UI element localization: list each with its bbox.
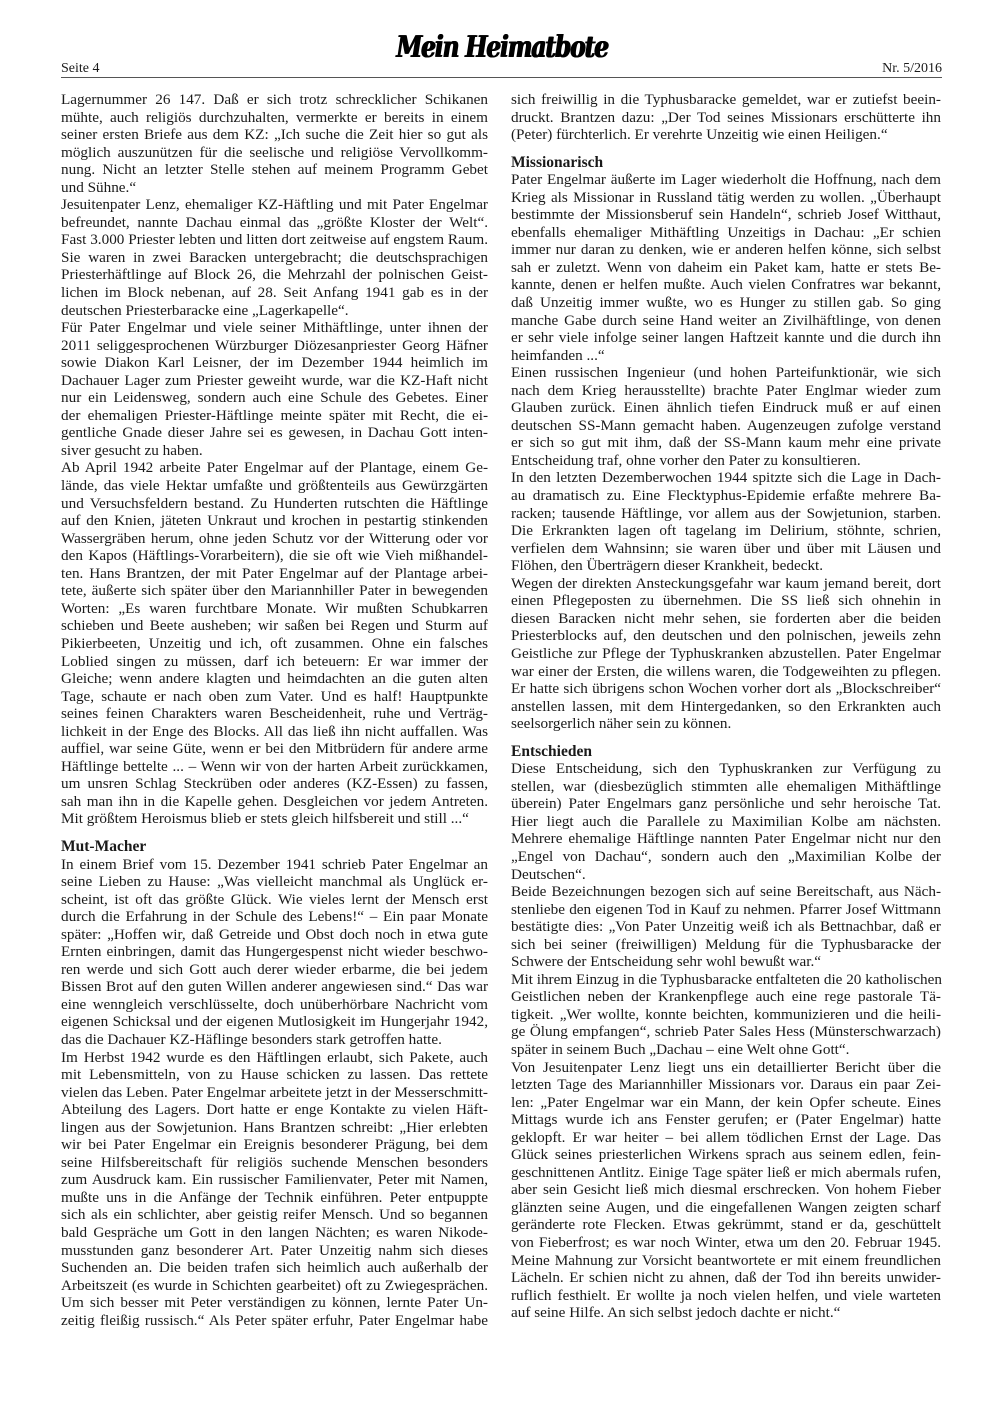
article-paragraph: Lagernummer 26 147. Daß er sich trotz sc… — [61, 91, 488, 196]
text-line: mußte uns in die Anfänge der Technik ein… — [61, 1189, 488, 1207]
text-line: sah man ihn in die Kapelle gehen. Desgle… — [61, 793, 488, 811]
text-line: musstunden ganz besonderer Art. Pater Un… — [61, 1242, 488, 1260]
text-line: scheint, ist oft das größte Glück. Wie v… — [61, 891, 488, 909]
text-line: um unsren Schlag Steckrüben oder anderes… — [61, 775, 488, 793]
page-number: Seite 4 — [61, 61, 100, 77]
text-line: später: „Hoffen wir, daß Getreide und Ob… — [61, 926, 488, 944]
text-line: den Kapos (Häftlings-Vorarbeitern), die … — [61, 547, 488, 565]
text-line: Tage, schaute er nach oben zum Vater. Un… — [61, 688, 488, 706]
text-line: mit Lebensmitteln, von zu Hause schicken… — [61, 1066, 488, 1084]
text-line: Um sich besser mit Peter verständigen zu… — [61, 1294, 488, 1312]
article-paragraph: Diese Entscheidung, sich den Typhuskrank… — [511, 760, 941, 883]
text-line: tigkeit. „Wer wollte, konnte beichten, k… — [511, 1006, 941, 1024]
text-line: Glauben zurück. Einen ähnlich tiefen Ein… — [511, 399, 941, 417]
text-line: Wegen der direkten Ansteckungsgefahr war… — [511, 575, 941, 593]
text-line: Mit ihrem Einzug in die Typhusbaracke en… — [511, 971, 941, 989]
text-line: Mit größtem Heroismus blieb er stets gle… — [61, 810, 488, 828]
article-paragraph: Im Herbst 1942 wurde es den Häftlingen e… — [61, 1049, 488, 1330]
text-line: von Fieberfrost; es war noch Winter, etw… — [511, 1234, 941, 1252]
text-line: Priesterblocks auf, den deutschen und de… — [511, 627, 941, 645]
text-line: und Sühne.“ — [61, 179, 488, 197]
text-line: „Engel von Dachau“, sondern auch den „Ma… — [511, 848, 941, 866]
text-line: Entscheidung traf, ohne vorher den Pater… — [511, 452, 941, 470]
text-line: In den letzten Dezemberwochen 1944 spitz… — [511, 469, 941, 487]
text-line: Hier liegt auch die Parallele zu Maximil… — [511, 813, 941, 831]
article-paragraph: Pater Engelmar äußerte im Lager wiederho… — [511, 171, 941, 364]
text-line: stenliebe den eigenen Tod in Kauf zu neh… — [511, 901, 941, 919]
text-line: diesen Baracken nicht mehr sehen, sie fo… — [511, 610, 941, 628]
text-line: Im Herbst 1942 wurde es den Häftlingen e… — [61, 1049, 488, 1067]
text-line: anstellen lassen, mit dem Hintergedanken… — [511, 698, 941, 716]
masthead-logo: Mein Heimatbote — [396, 30, 608, 65]
text-line: sich freiwillig in die Typhusbaracke gem… — [511, 91, 941, 109]
text-line: seelsorgerlich näher sein zu können. — [511, 715, 941, 733]
text-line: Suchenden an. Die beiden trafen sich hei… — [61, 1259, 488, 1277]
text-line: racken; tausende Häftlinge, vor allem au… — [511, 505, 941, 523]
text-line: Diese Entscheidung, sich den Typhuskrank… — [511, 760, 941, 778]
text-line: Worten: „Es waren furchtbare Monate. Wir… — [61, 600, 488, 618]
text-line: sah er zuletzt. Wenn von daheim ein Pake… — [511, 259, 941, 277]
text-line: Bissen Brot auf den guten Willen anderer… — [61, 978, 488, 996]
text-line: Einen russischen Ingenieur (und hohen Pa… — [511, 364, 941, 382]
article-paragraph: In den letzten Dezemberwochen 1944 spitz… — [511, 469, 941, 574]
text-line: kannte, denen er helfen mußte. Auch viel… — [511, 276, 941, 294]
text-line: Schwere der Entscheidung sehr wohl bewuß… — [511, 953, 941, 971]
text-line: ebenfalls ehemaliger Mithäftling Unzeiti… — [511, 224, 941, 242]
article-paragraph: Wegen der direkten Ansteckungsgefahr war… — [511, 575, 941, 733]
text-line: Sie waren in zwei Baracken untergebracht… — [61, 249, 488, 267]
text-line: das die Dachauer KZ-Häflinge besonders s… — [61, 1031, 488, 1049]
text-line: Deutschen“. — [511, 866, 941, 884]
text-line: und Versuchsfeldern bestand. Zu Hunderte… — [61, 495, 488, 513]
text-line: einen Pflegeposten zu übernehmen. Die SS… — [511, 592, 941, 610]
text-line: wir bei Pater Engelmar ein Ereignis beso… — [61, 1136, 488, 1154]
text-line: Fast 3.000 Priester lebten und litten do… — [61, 231, 488, 249]
text-line: zeitig fleißig russisch.“ Als Peter spät… — [61, 1312, 488, 1330]
article-paragraph: Einen russischen Ingenieur (und hohen Pa… — [511, 364, 941, 469]
text-line: Er hatte sich übrigens schon Wochen vorh… — [511, 680, 941, 698]
text-line: Abteilung des Lagers. Dort hatte er enge… — [61, 1101, 488, 1119]
text-line: tete, äußerte sich später über den Maria… — [61, 582, 488, 600]
article-paragraph: Jesuitenpater Lenz, ehemaliger KZ-Häftli… — [61, 196, 488, 319]
text-line: Meine Mahnung zur Vorsicht beantwortete … — [511, 1252, 941, 1270]
section-heading: Mut-Macher — [61, 838, 488, 856]
text-line: Priesterhäftlinge auf Block 26, die Mehr… — [61, 266, 488, 284]
text-line: immer nur daran zu denken, wie er andere… — [511, 241, 941, 259]
text-line: In einem Brief vom 15. Dezember 1941 sch… — [61, 856, 488, 874]
text-line: möglich auszunützen für die seelische un… — [61, 144, 488, 162]
text-line: durch die Erfahrung in der Schule des Le… — [61, 908, 488, 926]
text-line: ge Ölung empfangen“, schrieb Pater Sales… — [511, 1023, 941, 1041]
text-line: Wassergräben herum, ohne jeden Schutz vo… — [61, 530, 488, 548]
text-line: aber sein Gesicht ließ mich diesmal ersc… — [511, 1181, 941, 1199]
text-line: auf den Knien, jäteten Unkraut und kroch… — [61, 512, 488, 530]
text-line: Mittags wurde ich ans Fenster gerufen; e… — [511, 1111, 941, 1129]
text-line: Dachauer Lager zum Priester geweiht wurd… — [61, 372, 488, 390]
text-line: Ab April 1942 arbeite Pater Engelmar auf… — [61, 459, 488, 477]
text-line: glänzten seine Augen, und die eingefalle… — [511, 1199, 941, 1217]
text-line: eine wenngleich verschlüsselte, doch unü… — [61, 996, 488, 1014]
header-divider — [61, 77, 942, 78]
text-line: mühte, auch religiös durchzuhalten, verm… — [61, 109, 488, 127]
text-line: Geistlichen neben der Krankenpflege auch… — [511, 988, 941, 1006]
article-paragraph: Für Pater Engelmar und viele seiner Mith… — [61, 319, 488, 459]
text-line: Für Pater Engelmar und viele seiner Mith… — [61, 319, 488, 337]
text-line: Von Jesuitenpater Lenz liegt uns ein det… — [511, 1059, 941, 1077]
text-line: Arbeitszeit (es wurde in Schichten gearb… — [61, 1277, 488, 1295]
text-line: Pikierbeeten, Unzeitig und ich, oft zusa… — [61, 635, 488, 653]
section-heading: Missionarisch — [511, 154, 941, 172]
article-paragraph: sich freiwillig in die Typhusbaracke gem… — [511, 91, 941, 144]
article-paragraph: In einem Brief vom 15. Dezember 1941 sch… — [61, 856, 488, 1049]
text-line: lände, das viele Hektar umfaßte und größ… — [61, 477, 488, 495]
text-line: er sich so gut mit ihm, daß der SS-Mann … — [511, 434, 941, 452]
text-line: geschnittenen Antlitz. Einige Tage späte… — [511, 1164, 941, 1182]
text-line: sich als ein schlichter, aber geistig re… — [61, 1206, 488, 1224]
text-line: Geistliche zur Pflege der Typhuskranken … — [511, 645, 941, 663]
text-line: nach dem Krieg herausstellte) brachte Pa… — [511, 382, 941, 400]
text-line: seine Lieben zu Hause: „Was vielleicht m… — [61, 873, 488, 891]
text-line: Lagernummer 26 147. Daß er sich trotz sc… — [61, 91, 488, 109]
article-column-right: sich freiwillig in die Typhusbaracke gem… — [511, 91, 941, 1322]
text-line: Gleiche; wenn andere klagten und heimdac… — [61, 670, 488, 688]
text-line: überein) Pater Engelmars ganz persönlich… — [511, 795, 941, 813]
text-line: später in seinem Buch „Dachau – eine Wel… — [511, 1041, 941, 1059]
section-heading: Entschieden — [511, 743, 941, 761]
text-line: bald Gespräche um Gott in den langen Näc… — [61, 1224, 488, 1242]
text-line: auf seine Hilfe. An sich selbst jedoch d… — [511, 1304, 941, 1322]
text-line: vielen das Leben. Pater Engelmar arbeite… — [61, 1084, 488, 1102]
article-paragraph: Mit ihrem Einzug in die Typhusbaracke en… — [511, 971, 941, 1059]
text-line: Loblied singen zu müssen, darf ich beteu… — [61, 653, 488, 671]
text-line: Beide Bezeichnungen bezogen sich auf sei… — [511, 883, 941, 901]
text-line: war einer der Ersten, die willens waren,… — [511, 663, 941, 681]
text-line: druckt. Brantzen dazu: „Der Tod seines M… — [511, 109, 941, 127]
text-line: zum Ausdruck kam. Ein russischer Familie… — [61, 1171, 488, 1189]
text-line: Die Erkrankten lagen oft tagelang im Del… — [511, 522, 941, 540]
text-line: eigenen Schicksal und der eigenen Mutlos… — [61, 1013, 488, 1031]
text-line: Flöhen, den Überträgern dieser Krankheit… — [511, 557, 941, 575]
text-line: Glück seines priesterlichen Wirkens spra… — [511, 1146, 941, 1164]
text-line: daß Unzeitig immer wußte, wo es Hunger z… — [511, 294, 941, 312]
article-column-left: Lagernummer 26 147. Daß er sich trotz sc… — [61, 91, 488, 1329]
text-line: sowie Diakon Karl Leisner, der im Dezemb… — [61, 354, 488, 372]
text-line: letzten Tage des Mariannhiller Missionar… — [511, 1076, 941, 1094]
text-line: Mehrere ehemalige Häftlinge nannten Pate… — [511, 830, 941, 848]
text-line: bestimmte der Missionsberuf sein Handeln… — [511, 206, 941, 224]
text-line: (Peter) fürchterlich. Er verehrte Unzeit… — [511, 126, 941, 144]
text-line: deutschen Priesterbaracke eine „Lagerkap… — [61, 302, 488, 320]
text-line: Krieg als Missionar in Russland tätig we… — [511, 189, 941, 207]
article-paragraph: Von Jesuitenpater Lenz liegt uns ein det… — [511, 1059, 941, 1322]
text-line: bestätigte dies: „Von Pater Unzeitig wei… — [511, 918, 941, 936]
text-line: au dramatisch zu. Eine Flecktyphus-Epide… — [511, 487, 941, 505]
text-line: manche Gabe durch seine Hand weiter an Z… — [511, 312, 941, 330]
text-line: befreundet, nannte Dachau einmal das „gr… — [61, 214, 488, 232]
text-line: ten. Hans Brantzen, der mit Pater Engelm… — [61, 565, 488, 583]
text-line: len: „Pater Engelmar war ein Mann, der k… — [511, 1094, 941, 1112]
article-paragraph: Ab April 1942 arbeite Pater Engelmar auf… — [61, 459, 488, 827]
issue-number: Nr. 5/2016 — [882, 61, 942, 77]
text-line: seines feinen Charakters waren Bescheide… — [61, 705, 488, 723]
text-line: er sehr viele infolge seiner langen Haft… — [511, 329, 941, 347]
text-line: lichkeit in der Enge des Blocks. All das… — [61, 723, 488, 741]
text-line: stellen, war (diesbezüglich stimmten all… — [511, 778, 941, 796]
text-line: siver gesucht zu haben. — [61, 442, 488, 460]
text-line: lingen aus der Sowjetunion. Hans Brantze… — [61, 1119, 488, 1137]
text-line: 2011 seliggesprochenen Würzburger Diözes… — [61, 337, 488, 355]
text-line: ruflich festhielt. Er wollte ja noch vie… — [511, 1287, 941, 1305]
text-line: deutschen SS-Mann gemacht haben. Augenze… — [511, 417, 941, 435]
text-line: Jesuitenpater Lenz, ehemaliger KZ-Häftli… — [61, 196, 488, 214]
article-paragraph: Beide Bezeichnungen bezogen sich auf sei… — [511, 883, 941, 971]
text-line: sich bei seiner (freiwilligen) Meldung f… — [511, 936, 941, 954]
text-line: Lächeln. Er schien nicht zu ahnen, daß d… — [511, 1269, 941, 1287]
text-line: lichen im Block nebenan, auf 28. Seit An… — [61, 284, 488, 302]
text-line: heimfanden ...“ — [511, 347, 941, 365]
text-line: seiner ersten Briefe aus dem KZ: „Ich su… — [61, 126, 488, 144]
text-line: nung. Nicht an letzter Stelle stehen auf… — [61, 161, 488, 179]
text-line: nur ein Leidensweg, sondern auch eine Sc… — [61, 389, 488, 407]
text-line: seine Hilfsbereitschaft für religiös suc… — [61, 1154, 488, 1172]
text-line: Pater Engelmar äußerte im Lager wiederho… — [511, 171, 941, 189]
text-line: schieben und Beete ausheben; wir saßen b… — [61, 617, 488, 635]
text-line: ren werde und sich Gott auch derer wiede… — [61, 961, 488, 979]
text-line: Ernten einbringen, damit das Hungergespe… — [61, 943, 488, 961]
text-line: auffiel, war seine Güte, wenn er bei den… — [61, 740, 488, 758]
text-line: geklopft. Er war heiter – bei allem tödl… — [511, 1129, 941, 1147]
text-line: gentliche Gnade dieser Jahre sei es gewe… — [61, 424, 488, 442]
text-line: Häftlinge bettelte ... – Wenn wir von de… — [61, 758, 488, 776]
page-header: Seite 4 Mein Heimatbote Nr. 5/2016 — [61, 28, 942, 78]
text-line: geränderte rote Flecken. Etwas gekrümmt,… — [511, 1216, 941, 1234]
text-line: der ehemaligen Priester-Häftlinge meinte… — [61, 407, 488, 425]
text-line: verfielen dem Wahnsinn; sie waren über u… — [511, 540, 941, 558]
